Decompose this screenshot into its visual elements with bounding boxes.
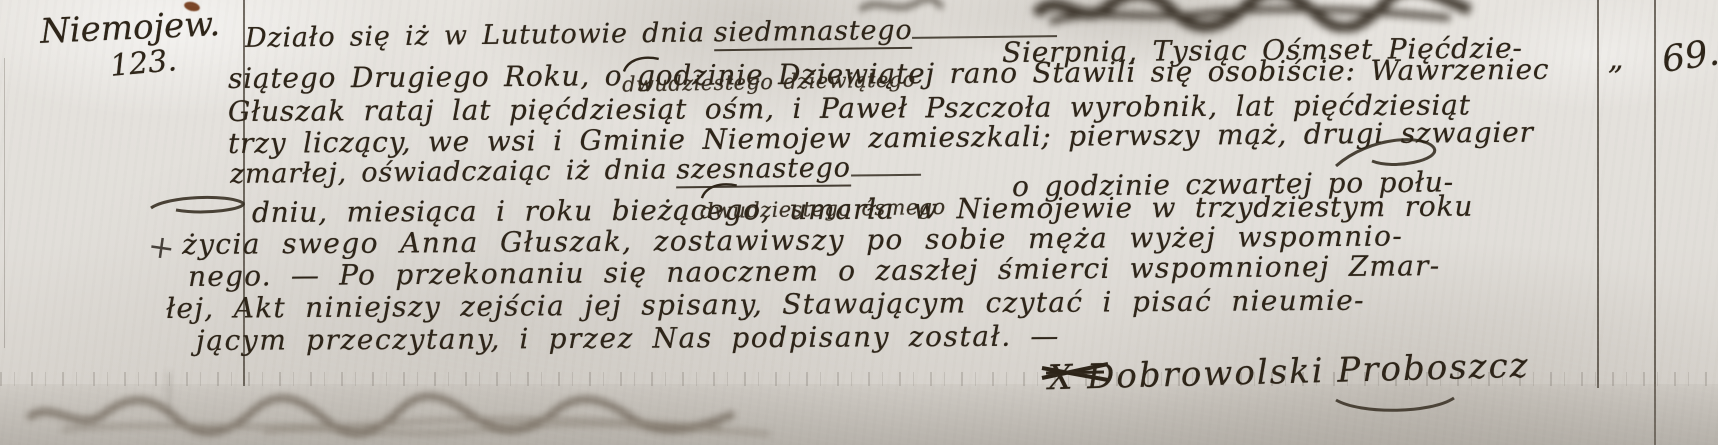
act-line-1: Działo się iż w Lututowie dniasiedmnaste… [245,12,1058,54]
act-line-1-text: Działo się iż w Lututowie dnia [245,17,705,54]
act-line-9: łej, Akt niniejszy zejścia jej spisany, … [166,284,1365,325]
folio-number: 69. [1659,32,1718,81]
act-line-1-underlined-date: siedmnastego [714,15,913,51]
page-edge-line [4,58,5,348]
blurred-handwriting-top [1030,0,1480,32]
blurred-mark-top [856,0,946,18]
act-line-5-text: zmarłej, oświadczaiąc iż dnia [230,154,668,190]
margin-place-name: Niemojew. [39,4,221,52]
blurred-handwriting-bottom-2 [260,420,780,442]
start-of-line-flourish [148,194,248,218]
act-line-10: jącym przeczytany, i przez Nas podpisany… [196,319,1060,357]
underline-extension [851,151,921,177]
right-column-rule-inner [1597,0,1599,388]
margin-cross-mark: + [145,226,177,267]
margin-record-number: 123. [109,43,179,84]
signature-scribble [1038,356,1112,388]
signature-underflourish [1330,394,1460,414]
ditto-mark: „ [1608,42,1624,77]
death-record-scan: Niemojew. 123. + „ 69. Działo się iż w L… [0,0,1718,445]
